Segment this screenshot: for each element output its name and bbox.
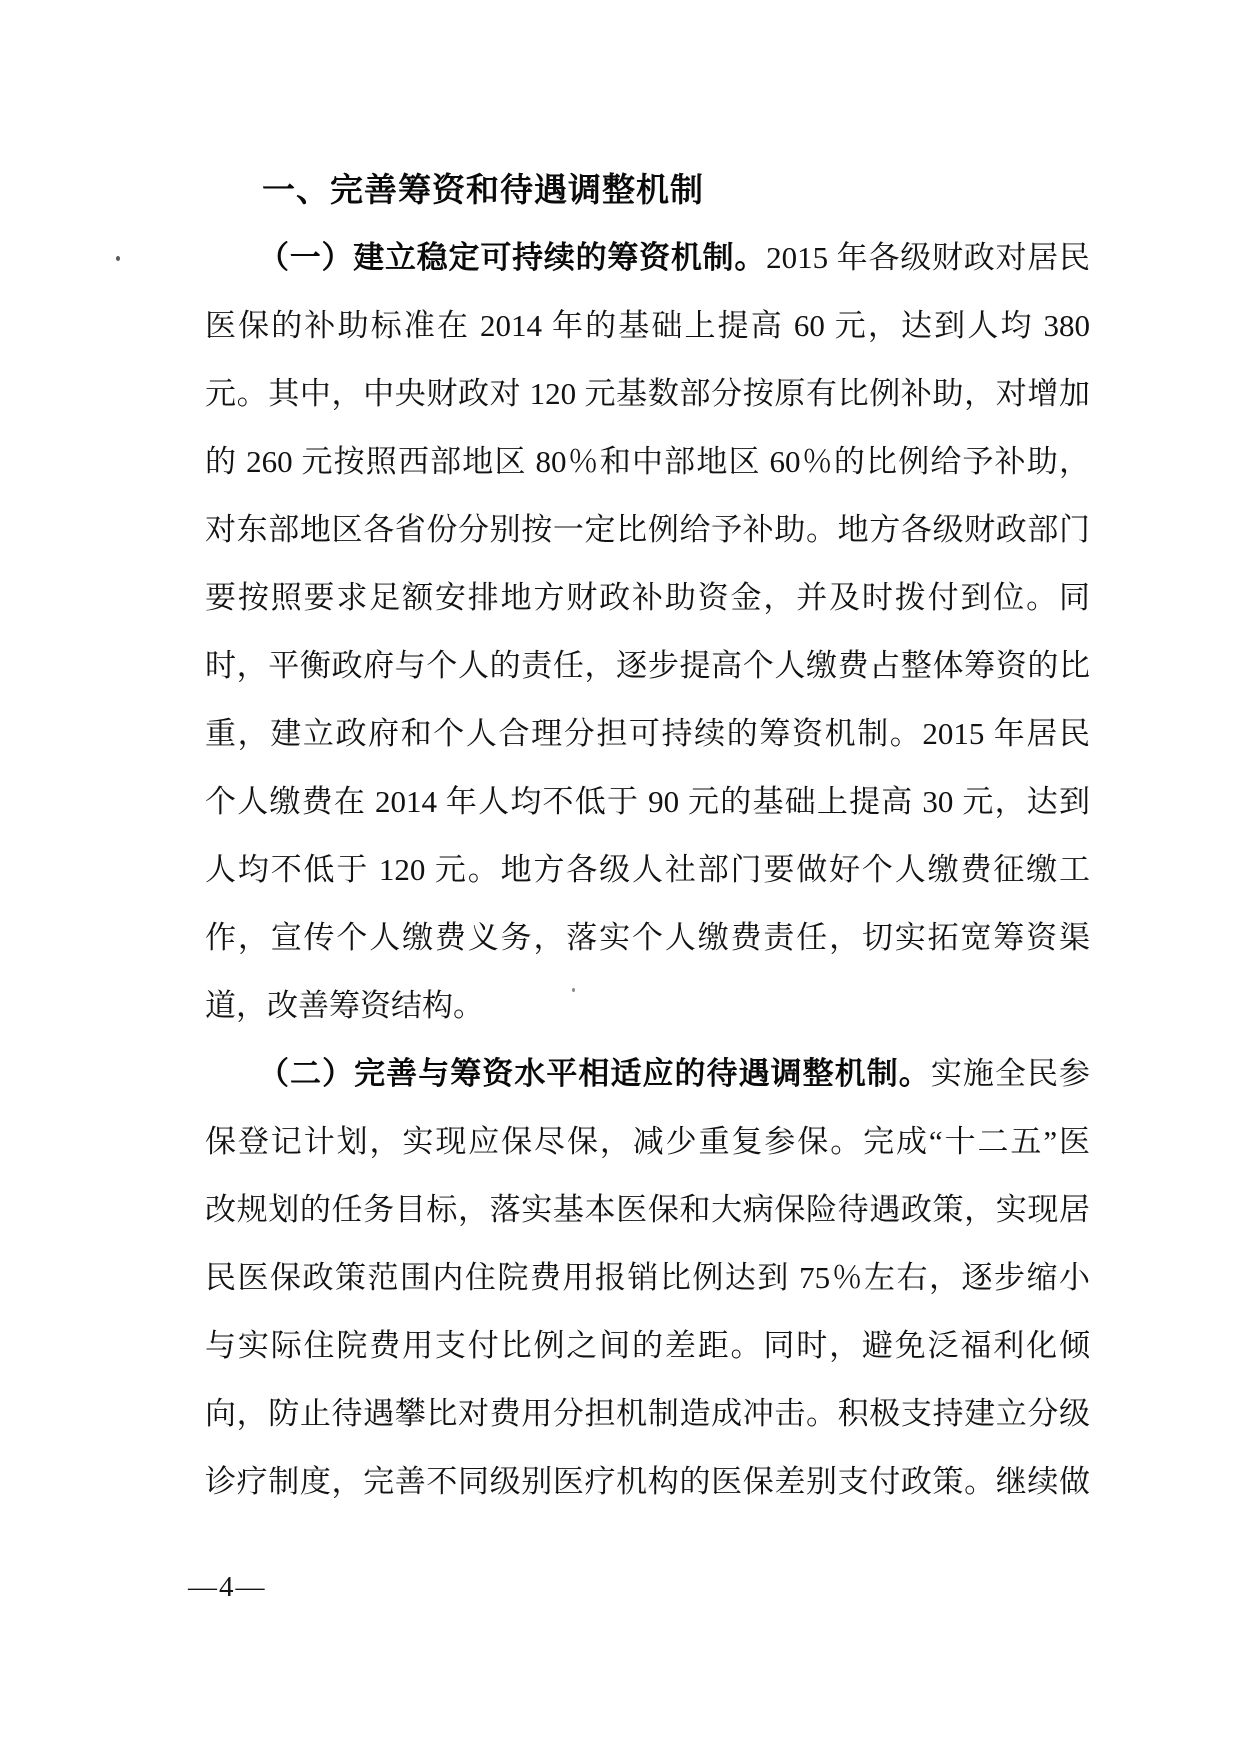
scan-speck — [116, 256, 120, 261]
paragraph-2-first-line-rest: 实施全民参 — [931, 1056, 1090, 1091]
paragraph-1-line: 元。其中，中央财政对 120 元基数部分按原有比例补助，对增加 — [205, 360, 1090, 428]
paragraph-1-first-line: （一）建立稳定可持续的筹资机制。2015 年各级财政对居民 — [205, 224, 1090, 292]
paragraph-1-line: 作，宣传个人缴费义务，落实个人缴费责任，切实拓宽筹资渠 — [205, 904, 1090, 972]
paragraph-1-line: 时，平衡政府与个人的责任，逐步提高个人缴费占整体筹资的比 — [205, 632, 1090, 700]
paragraph-1-line: 的 260 元按照西部地区 80％和中部地区 60％的比例给予补助， — [205, 428, 1090, 496]
section-heading: 一、完善筹资和待遇调整机制 — [205, 156, 1090, 224]
paragraph-2-lead: （二）完善与筹资水平相适应的待遇调整机制。 — [258, 1056, 931, 1091]
scanned-document-page: 一、完善筹资和待遇调整机制 （一）建立稳定可持续的筹资机制。2015 年各级财政… — [0, 0, 1240, 1754]
paragraph-1-line: 医保的补助标准在 2014 年的基础上提高 60 元，达到人均 380 — [205, 292, 1090, 360]
paragraph-1-line: 重，建立政府和个人合理分担可持续的筹资机制。2015 年居民 — [205, 700, 1090, 768]
paragraph-1-first-line-rest: 2015 年各级财政对居民 — [766, 240, 1090, 275]
paragraph-1-line: 对东部地区各省份分别按一定比例给予补助。地方各级财政部门 — [205, 496, 1090, 564]
paragraph-1-line: 人均不低于 120 元。地方各级人社部门要做好个人缴费征缴工 — [205, 836, 1090, 904]
scan-speck — [572, 988, 575, 992]
paragraph-2-first-line: （二）完善与筹资水平相适应的待遇调整机制。实施全民参 — [205, 1040, 1090, 1108]
paragraph-1-last-line: 道，改善筹资结构。 — [205, 972, 1090, 1040]
paragraph-2-line: 与实际住院费用支付比例之间的差距。同时，避免泛福利化倾 — [205, 1312, 1090, 1380]
paragraph-2-line: 民医保政策范围内住院费用报销比例达到 75％左右，逐步缩小 — [205, 1244, 1090, 1312]
paragraph-2-line: 保登记计划，实现应保尽保，减少重复参保。完成“十二五”医 — [205, 1108, 1090, 1176]
paragraph-1-lead: （一）建立稳定可持续的筹资机制。 — [258, 240, 766, 275]
paragraph-1-line: 个人缴费在 2014 年人均不低于 90 元的基础上提高 30 元，达到 — [205, 768, 1090, 836]
paragraph-2-line: 向，防止待遇攀比对费用分担机制造成冲击。积极支持建立分级 — [205, 1380, 1090, 1448]
page-number: —4— — [188, 1563, 267, 1611]
paragraph-2-line: 改规划的任务目标，落实基本医保和大病保险待遇政策，实现居 — [205, 1176, 1090, 1244]
paragraph-1-line: 要按照要求足额安排地方财政补助资金，并及时拨付到位。同 — [205, 564, 1090, 632]
paragraph-2-line: 诊疗制度，完善不同级别医疗机构的医保差别支付政策。继续做 — [205, 1448, 1090, 1516]
document-text-block: 一、完善筹资和待遇调整机制 （一）建立稳定可持续的筹资机制。2015 年各级财政… — [205, 156, 1090, 1516]
